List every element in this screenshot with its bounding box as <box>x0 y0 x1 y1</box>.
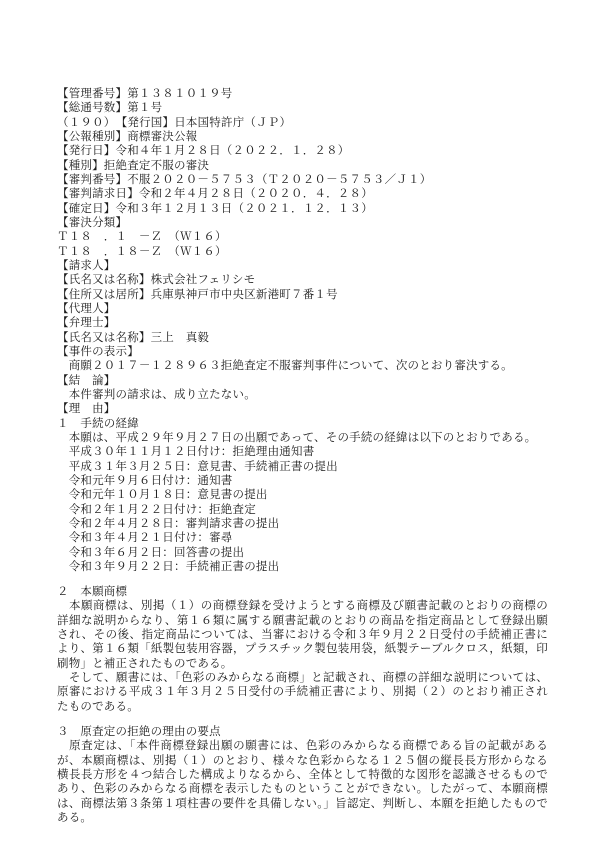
history-line: 令和元年９月６日付け：通知書 <box>57 474 548 488</box>
history-line: 令和３年６月２日：回答書の提出 <box>57 546 548 560</box>
history-line: 令和３年４月２１日付け：審尋 <box>57 531 548 545</box>
history-line: 令和２年４月２８日：審判請求書の提出 <box>57 517 548 531</box>
field-final-date: 【確定日】令和３年１２月１３日（２０２１．１２．１３） <box>57 202 548 216</box>
field-decision-class-label: 【審決分類】 <box>57 216 548 230</box>
field-appellant-name: 【氏名又は名称】株式会社フェリシモ <box>57 273 548 287</box>
section2-para2: そして、願書には、「色彩のみからなる商標」と記載され、商標の詳細な説明については… <box>57 671 548 714</box>
field-appellant-label: 【請求人】 <box>57 259 548 273</box>
conclusion-label: 【結 論】 <box>57 374 548 388</box>
conclusion-text: 本件審判の請求は、成り立たない。 <box>57 388 548 402</box>
decision-class-line-2: Ｔ１８ ．１８－Ｚ （Ｗ１６） <box>57 245 548 259</box>
field-appeal-request-date: 【審判請求日】令和２年４月２８日（２０２０．４．２８） <box>57 187 548 201</box>
field-issue-date: 【発行日】令和４年１月２８日（２０２２．１．２８） <box>57 144 548 158</box>
history-line: 平成３０年１１月１２日付け：拒絶理由通知書 <box>57 445 548 459</box>
section3-heading: ３ 原査定の拒絶の理由の要点 <box>57 725 548 739</box>
field-serial-number: 【総通号数】第１号 <box>57 101 548 115</box>
document-body: 【管理番号】第１３８１０１９号 【総通号数】第１号 （１９０） 【発行国】日本国… <box>57 87 548 825</box>
field-management-number: 【管理番号】第１３８１０１９号 <box>57 87 548 101</box>
reason-label: 【理 由】 <box>57 402 548 416</box>
history-line: 平成３１年３月２５日：意見書、手続補正書の提出 <box>57 460 548 474</box>
section2-para1: 本願商標は、別掲（１）の商標登録を受けようとする商標及び願書記載のとおりの商標の… <box>57 599 548 671</box>
section3-para1: 原査定は、「本件商標登録出願の願書には、色彩のみからなる商標である旨の記載がある… <box>57 739 548 825</box>
section2-heading: ２ 本願商標 <box>57 585 548 599</box>
decision-class-line-1: Ｔ１８ ．１ －Ｚ （Ｗ１６） <box>57 230 548 244</box>
field-agent-label: 【代理人】 <box>57 302 548 316</box>
field-attorney-name: 【氏名又は名称】三上 真毅 <box>57 331 548 345</box>
field-appellant-address: 【住所又は居所】兵庫県神戸市中央区新港町７番１号 <box>57 288 548 302</box>
case-text: 商願２０１７－１２８９６３拒絶査定不服審判事件について、次のとおり審決する。 <box>57 359 548 373</box>
section1-heading: １ 手続の経緯 <box>57 417 548 431</box>
gazette-page: 【管理番号】第１３８１０１９号 【総通号数】第１号 （１９０） 【発行国】日本国… <box>0 0 600 849</box>
case-label: 【事件の表示】 <box>57 345 548 359</box>
field-issuing-country: （１９０） 【発行国】日本国特許庁（ＪＰ） <box>57 116 548 130</box>
history-line: 令和２年１月２２日付け：拒絶査定 <box>57 503 548 517</box>
section-gap <box>57 574 548 585</box>
history-line: 令和３年９月２２日：手続補正書の提出 <box>57 560 548 574</box>
field-attorney-label: 【弁理士】 <box>57 316 548 330</box>
field-appeal-number: 【審判番号】不服２０２０－５７５３（Ｔ２０２０－５７５３／Ｊ１） <box>57 173 548 187</box>
field-gazette-type: 【公報種別】商標審決公報 <box>57 130 548 144</box>
section-gap <box>57 714 548 725</box>
field-kind: 【種別】拒絶査定不服の審決 <box>57 159 548 173</box>
history-line: 令和元年１０月１８日：意見書の提出 <box>57 488 548 502</box>
section1-intro: 本願は、平成２９年９月２７日の出願であって、その手続の経緯は以下のとおりである。 <box>57 431 548 445</box>
